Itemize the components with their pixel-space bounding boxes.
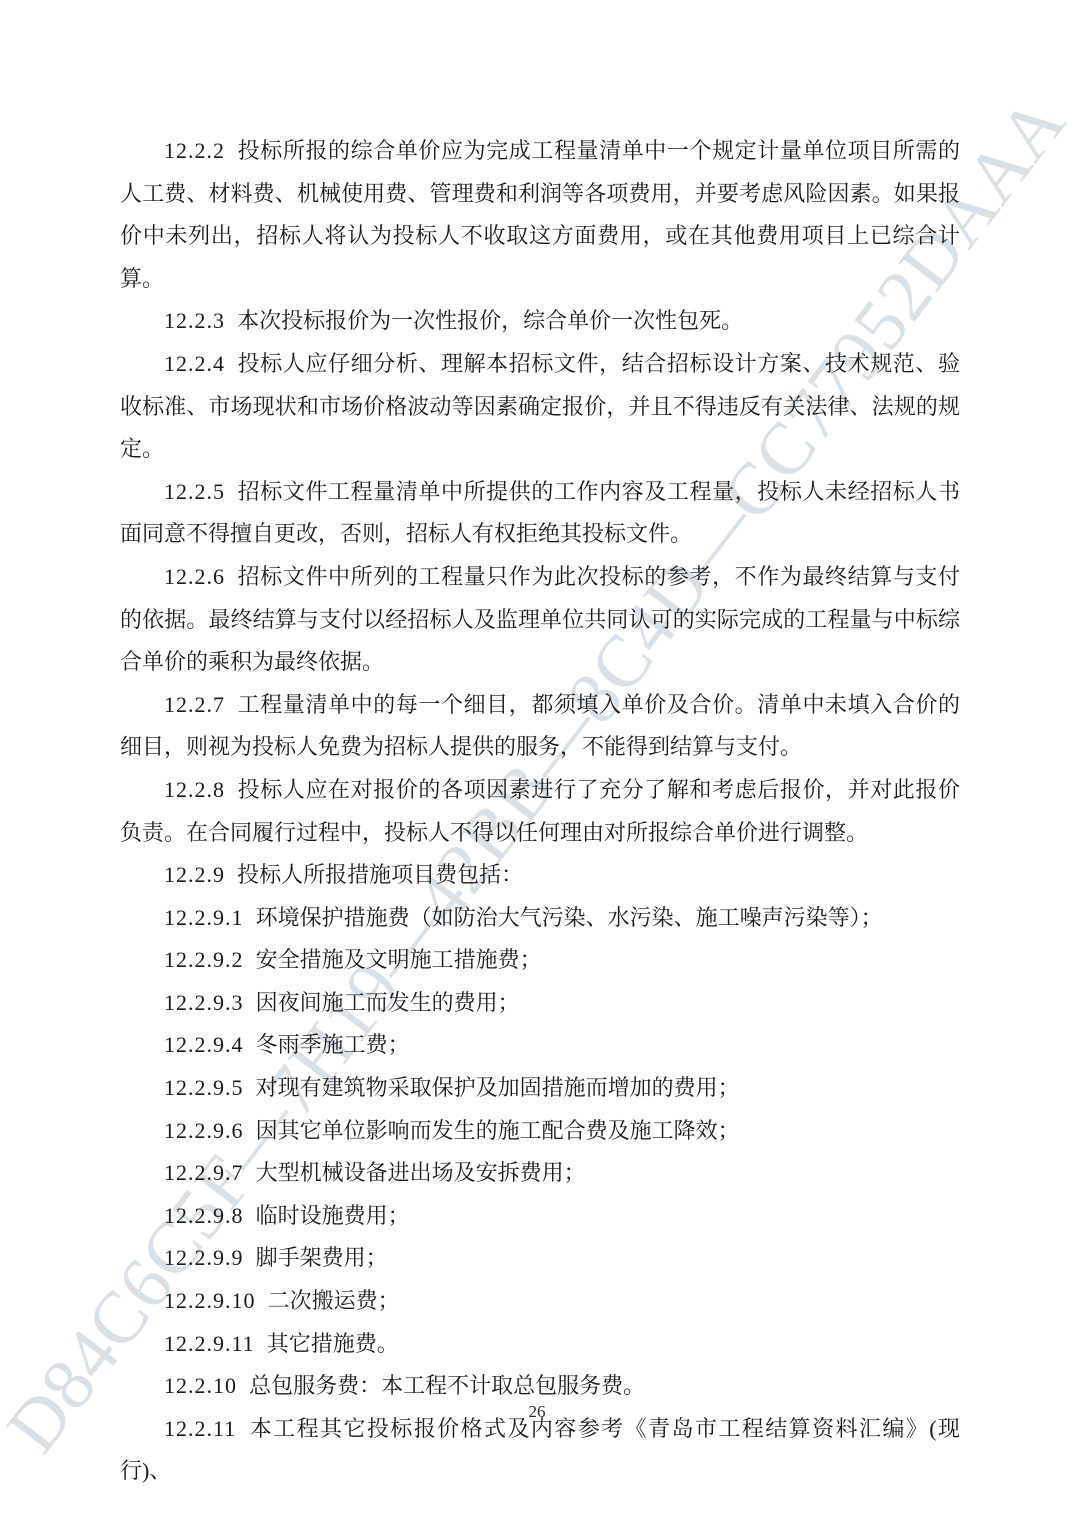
- clause-paragraph: 12.2.5招标文件工程量清单中所提供的工作内容及工程量，投标人未经招标人书面同…: [120, 471, 960, 556]
- clause-number: 12.2.9.3: [164, 990, 244, 1015]
- clause-text: 投标所报的综合单价应为完成工程量清单中一个规定计量单位项目所需的人工费、材料费、…: [120, 138, 960, 291]
- clause-paragraph: 12.2.9.2安全措施及文明施工措施费；: [120, 939, 960, 982]
- clause-paragraph: 12.2.9.7大型机械设备进出场及安拆费用；: [120, 1152, 960, 1195]
- clause-paragraph: 12.2.9.5对现有建筑物采取保护及加固措施而增加的费用；: [120, 1067, 960, 1110]
- clause-number: 12.2.6: [164, 564, 225, 589]
- clause-text: 投标人应仔细分析、理解本招标文件，结合招标设计方案、技术规范、验收标准、市场现状…: [120, 351, 960, 461]
- clause-text: 因夜间施工而发生的费用；: [256, 990, 520, 1015]
- clause-text: 投标人所报措施项目费包括：: [237, 862, 523, 887]
- clause-text: 安全措施及文明施工措施费；: [256, 947, 542, 972]
- clause-number: 12.2.9.2: [164, 947, 244, 972]
- clause-number: 12.2.3: [164, 308, 225, 333]
- clause-paragraph: 12.2.9.10二次搬运费；: [120, 1280, 960, 1323]
- clause-paragraph: 12.2.2投标所报的综合单价应为完成工程量清单中一个规定计量单位项目所需的人工…: [120, 130, 960, 300]
- clause-number: 12.2.2: [164, 138, 225, 163]
- clause-text: 招标文件中所列的工程量只作为此次投标的参考，不作为最终结算与支付的依据。最终结算…: [120, 564, 960, 674]
- clause-paragraph: 12.2.9.4冬雨季施工费；: [120, 1024, 960, 1067]
- clause-text: 对现有建筑物采取保护及加固措施而增加的费用；: [256, 1075, 740, 1100]
- clause-paragraph: 12.2.9投标人所报措施项目费包括：: [120, 854, 960, 897]
- clause-text: 环境保护措施费（如防治大气污染、水污染、施工噪声污染等）；: [256, 905, 883, 930]
- clause-paragraph: 12.2.9.9脚手架费用；: [120, 1237, 960, 1280]
- clause-number: 12.2.4: [164, 351, 225, 376]
- clause-number: 12.2.5: [164, 479, 225, 504]
- document-page: D84C6C5F—7H19—42BB—8C4D—CC77952DAAA 12.2…: [0, 0, 1074, 1520]
- clause-paragraph: 12.2.9.1环境保护措施费（如防治大气污染、水污染、施工噪声污染等）；: [120, 897, 960, 940]
- clause-number: 12.2.10: [164, 1373, 237, 1398]
- clause-text: 脚手架费用；: [256, 1245, 388, 1270]
- clause-text: 冬雨季施工费；: [256, 1032, 410, 1057]
- clause-number: 12.2.8: [164, 777, 225, 802]
- clause-text: 因其它单位影响而发生的施工配合费及施工降效；: [256, 1118, 740, 1143]
- clause-number: 12.2.9.1: [164, 905, 244, 930]
- clause-text: 临时设施费用；: [256, 1203, 410, 1228]
- clause-text: 招标文件工程量清单中所提供的工作内容及工程量，投标人未经招标人书面同意不得擅自更…: [120, 479, 960, 547]
- clause-number: 12.2.9.7: [164, 1160, 244, 1185]
- clause-paragraph: 12.2.4投标人应仔细分析、理解本招标文件，结合招标设计方案、技术规范、验收标…: [120, 343, 960, 471]
- clause-paragraph: 12.2.9.8临时设施费用；: [120, 1195, 960, 1238]
- clause-number: 12.2.7: [164, 692, 225, 717]
- clause-text: 本次投标报价为一次性报价，综合单价一次性包死。: [237, 308, 743, 333]
- clause-paragraph: 12.2.9.3因夜间施工而发生的费用；: [120, 982, 960, 1025]
- document-body: 12.2.2投标所报的综合单价应为完成工程量清单中一个规定计量单位项目所需的人工…: [120, 130, 960, 1493]
- clause-paragraph: 12.2.8投标人应在对报价的各项因素进行了充分了解和考虑后报价，并对此报价负责…: [120, 769, 960, 854]
- clause-text: 本工程其它投标报价格式及内容参考《青岛市工程结算资料汇编》(现行)、: [120, 1416, 960, 1484]
- clause-paragraph: 12.2.9.11其它措施费。: [120, 1323, 960, 1366]
- clause-number: 12.2.9.5: [164, 1075, 244, 1100]
- clause-text: 总包服务费：本工程不计取总包服务费。: [249, 1373, 645, 1398]
- clause-number: 12.2.9.10: [164, 1288, 256, 1313]
- clause-number: 12.2.9.6: [164, 1118, 244, 1143]
- clause-paragraph: 12.2.6招标文件中所列的工程量只作为此次投标的参考，不作为最终结算与支付的依…: [120, 556, 960, 684]
- clause-number: 12.2.9.9: [164, 1245, 244, 1270]
- clause-text: 工程量清单中的每一个细目，都须填入单价及合价。清单中未填入合价的细目，则视为投标…: [120, 692, 960, 760]
- clause-text: 投标人应在对报价的各项因素进行了充分了解和考虑后报价，并对此报价负责。在合同履行…: [120, 777, 960, 845]
- clause-number: 12.2.9: [164, 862, 225, 887]
- clause-text: 二次搬运费；: [268, 1288, 400, 1313]
- clause-number: 12.2.9.4: [164, 1032, 244, 1057]
- clause-paragraph: 12.2.3本次投标报价为一次性报价，综合单价一次性包死。: [120, 300, 960, 343]
- clause-text: 其它措施费。: [267, 1331, 399, 1356]
- clause-text: 大型机械设备进出场及安拆费用；: [256, 1160, 586, 1185]
- clause-number: 12.2.9.11: [164, 1331, 255, 1356]
- clause-paragraph: 12.2.7工程量清单中的每一个细目，都须填入单价及合价。清单中未填入合价的细目…: [120, 684, 960, 769]
- page-number: 26: [0, 1402, 1074, 1422]
- clause-number: 12.2.9.8: [164, 1203, 244, 1228]
- clause-paragraph: 12.2.9.6因其它单位影响而发生的施工配合费及施工降效；: [120, 1110, 960, 1153]
